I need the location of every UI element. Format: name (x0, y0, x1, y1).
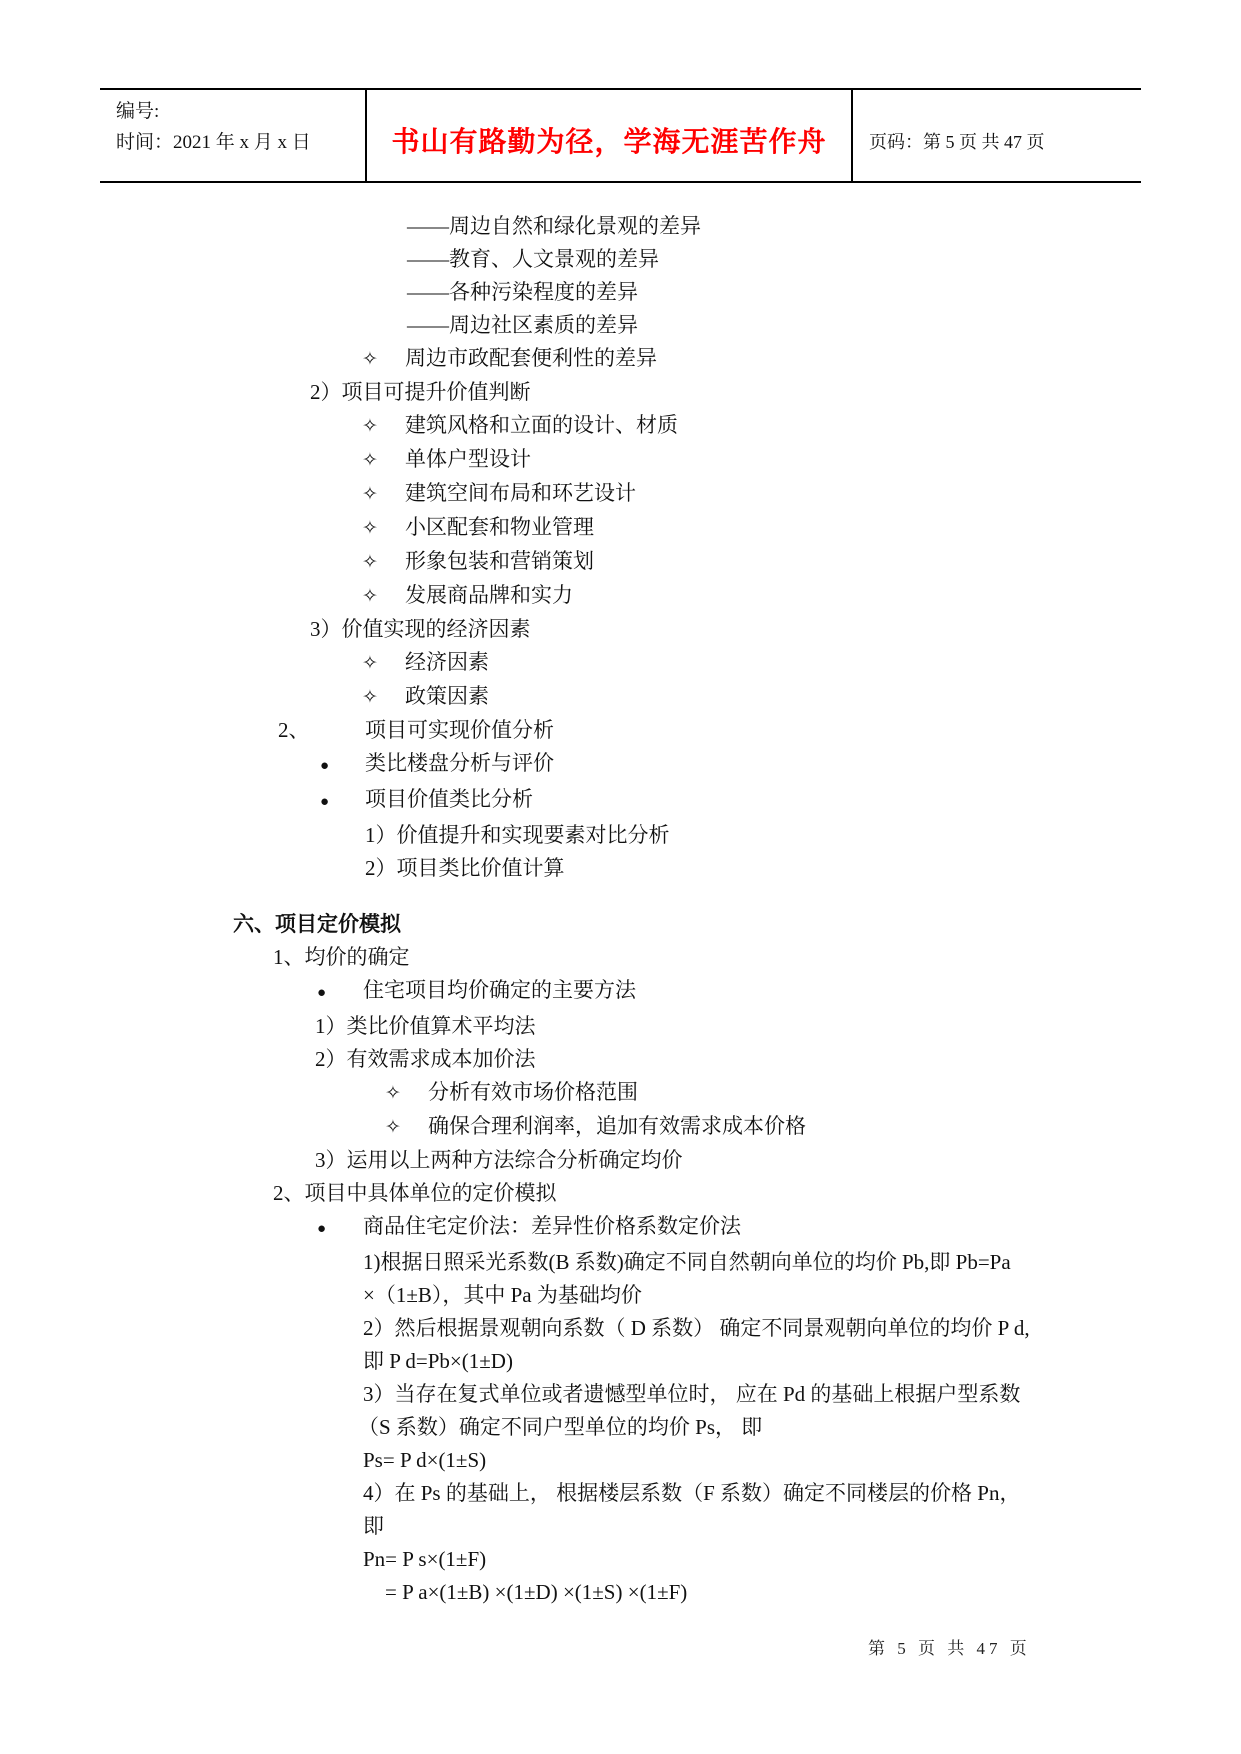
diamond-icon: ✧ (362, 681, 405, 714)
diamond-icon: ✧ (362, 580, 405, 613)
outline-line: ✧政策因素 (362, 680, 1241, 714)
line-text: 类比楼盘分析与评价 (365, 751, 554, 775)
outline-line: ✧分析有效市场价格范围 (385, 1076, 1241, 1110)
footer-page-info: 第 5 页 共 47 页 (868, 1639, 1031, 1658)
outline-line: ✧形象包装和营销策划 (362, 545, 1241, 579)
outline-line: 即 (363, 1510, 1241, 1543)
outline-line: ✧确保合理利润率，追加有效需求成本价格 (385, 1110, 1241, 1144)
outline-line: ✧小区配套和物业管理 (362, 511, 1241, 545)
outline-line: 3）价值实现的经济因素 (310, 613, 1241, 646)
header-left-cell: 编号: 时间：2021 年 x 月 x 日 (100, 90, 365, 181)
outline-line: 1、均价的确定 (273, 941, 1241, 974)
diamond-icon: ✧ (362, 444, 405, 477)
line-text: 周边市政配套便利性的差异 (405, 346, 657, 370)
outline-line: = P a×(1±B) ×(1±D) ×(1±S) ×(1±F) (385, 1576, 1241, 1609)
line-text: 3）运用以上两种方法综合分析确定均价 (315, 1148, 683, 1172)
bullet-icon: ● (320, 786, 365, 819)
outline-line: ——周边自然和绿化景观的差异 (407, 210, 1241, 243)
outline-line: ✧经济因素 (362, 646, 1241, 680)
bullet-icon: ● (317, 977, 363, 1010)
outline-line: 2）有效需求成本加价法 (315, 1043, 1241, 1076)
outline-line: ✧单体户型设计 (362, 443, 1241, 477)
line-text: Pn= P s×(1±F) (363, 1547, 486, 1571)
outline-line: 即 P d=Pb×(1±D) (363, 1345, 1241, 1378)
diamond-icon: ✧ (362, 343, 405, 376)
line-text: 2）项目可提升价值判断 (310, 380, 531, 404)
dash-marker: —— (407, 243, 449, 276)
line-text: 3）当存在复式单位或者遗憾型单位时， 应在 Pd 的基础上根据户型系数 (363, 1382, 1020, 1406)
header-right-cell: 页码：第 5 页 共 47 页 (853, 90, 1141, 181)
line-text: 2）然后根据景观朝向系数（ D 系数） 确定不同景观朝向单位的均价 P d, (363, 1316, 1030, 1340)
line-text: 项目可实现价值分析 (365, 718, 554, 742)
line-text: 单体户型设计 (405, 447, 531, 471)
line-text: 周边社区素质的差异 (449, 313, 638, 337)
diamond-icon: ✧ (362, 546, 405, 579)
line-text: 分析有效市场价格范围 (428, 1080, 638, 1104)
line-text: 建筑空间布局和环艺设计 (405, 481, 636, 505)
diamond-icon: ✧ (362, 647, 405, 680)
line-text: 确保合理利润率，追加有效需求成本价格 (428, 1114, 806, 1138)
line-text: 1）价值提升和实现要素对比分析 (365, 823, 670, 847)
outline-line: ✧建筑风格和立面的设计、材质 (362, 409, 1241, 443)
outline-line: 1）类比价值算术平均法 (315, 1010, 1241, 1043)
line-text: ×（1±B），其中 Pa 为基础均价 (363, 1283, 642, 1307)
line-text: 项目价值类比分析 (365, 787, 533, 811)
line-text: 政策因素 (405, 684, 489, 708)
document-page: 编号: 时间：2021 年 x 月 x 日 书山有路勤为径，学海无涯苦作舟 页码… (0, 0, 1241, 1754)
line-text: 建筑风格和立面的设计、材质 (405, 413, 678, 437)
diamond-icon: ✧ (385, 1077, 428, 1110)
line-text: 1)根据日照采光系数(B 系数)确定不同自然朝向单位的均价 Pb,即 Pb=Pa (363, 1250, 1011, 1274)
outline-line: 3）运用以上两种方法综合分析确定均价 (315, 1144, 1241, 1177)
dash-marker: —— (407, 210, 449, 243)
line-text: 商品住宅定价法：差异性价格系数定价法 (363, 1214, 741, 1238)
outline-line: ×（1±B），其中 Pa 为基础均价 (363, 1279, 1241, 1312)
outline-line: ●项目价值类比分析 (320, 783, 1241, 819)
header-doc-number: 编号: (116, 96, 365, 127)
line-text: 2、项目中具体单位的定价模拟 (273, 1181, 557, 1205)
diamond-icon: ✧ (362, 478, 405, 511)
line-text: 4）在 Ps 的基础上， 根据楼层系数（F 系数）确定不同楼层的价格 Pn， (363, 1481, 1020, 1505)
line-text: 2）有效需求成本加价法 (315, 1047, 536, 1071)
line-text: 2）项目类比价值计算 (365, 856, 565, 880)
line-text: 周边自然和绿化景观的差异 (449, 214, 701, 238)
dash-marker: —— (407, 276, 449, 309)
bullet-icon: ● (317, 1213, 363, 1246)
outline-line: ——周边社区素质的差异 (407, 309, 1241, 342)
line-text: 1）类比价值算术平均法 (315, 1014, 536, 1038)
line-text: 教育、人文景观的差异 (449, 247, 659, 271)
line-text: 3）价值实现的经济因素 (310, 617, 531, 641)
page-footer: 第 5 页 共 47 页 (868, 1634, 1031, 1659)
line-text: 住宅项目均价确定的主要方法 (363, 978, 636, 1002)
outline-line: （S 系数）确定不同户型单位的均价 Ps， 即 (358, 1411, 1241, 1444)
header-page-label: 页码：第 5 页 共 47 页 (869, 132, 1045, 152)
outline-line: ●商品住宅定价法：差异性价格系数定价法 (317, 1210, 1241, 1246)
outline-line: ✧周边市政配套便利性的差异 (362, 342, 1241, 376)
diamond-icon: ✧ (362, 410, 405, 443)
list-number: 2、 (278, 714, 365, 747)
bullet-icon: ● (320, 750, 365, 783)
outline-line: 4）在 Ps 的基础上， 根据楼层系数（F 系数）确定不同楼层的价格 Pn， (363, 1477, 1241, 1510)
line-text: 即 (363, 1514, 384, 1538)
outline-line: 2）项目可提升价值判断 (310, 376, 1241, 409)
line-text: 经济因素 (405, 650, 489, 674)
page-header-table: 编号: 时间：2021 年 x 月 x 日 书山有路勤为径，学海无涯苦作舟 页码… (100, 88, 1141, 183)
dash-marker: —— (407, 309, 449, 342)
outline-line: 1)根据日照采光系数(B 系数)确定不同自然朝向单位的均价 Pb,即 Pb=Pa (363, 1246, 1241, 1279)
line-text: （S 系数）确定不同户型单位的均价 Ps， 即 (358, 1415, 762, 1439)
outline-line: ●类比楼盘分析与评价 (320, 747, 1241, 783)
line-text: 形象包装和营销策划 (405, 549, 594, 573)
line-text: Ps= P d×(1±S) (363, 1448, 486, 1472)
line-text: 小区配套和物业管理 (405, 515, 594, 539)
line-text: 1、均价的确定 (273, 945, 410, 969)
outline-line: ●住宅项目均价确定的主要方法 (317, 974, 1241, 1010)
outline-line: Pn= P s×(1±F) (363, 1543, 1241, 1576)
outline-line: 2）项目类比价值计算 (365, 852, 1241, 885)
line-text: 发展商品牌和实力 (405, 583, 573, 607)
line-text: 六、项目定价模拟 (233, 912, 401, 936)
outline-line: ——各种污染程度的差异 (407, 276, 1241, 309)
outline-line: 六、项目定价模拟 (233, 908, 1241, 941)
line-text: 即 P d=Pb×(1±D) (363, 1349, 513, 1373)
header-center-cell: 书山有路勤为径，学海无涯苦作舟 (365, 90, 853, 181)
document-body: ——周边自然和绿化景观的差异——教育、人文景观的差异——各种污染程度的差异——周… (0, 183, 1241, 1609)
outline-line: ✧建筑空间布局和环艺设计 (362, 477, 1241, 511)
line-text: = P a×(1±B) ×(1±D) ×(1±S) ×(1±F) (385, 1580, 687, 1604)
diamond-icon: ✧ (362, 512, 405, 545)
outline-line: ✧发展商品牌和实力 (362, 579, 1241, 613)
line-text: 各种污染程度的差异 (449, 280, 638, 304)
header-doc-date: 时间：2021 年 x 月 x 日 (116, 127, 365, 158)
outline-line: 2、项目中具体单位的定价模拟 (273, 1177, 1241, 1210)
outline-line: Ps= P d×(1±S) (363, 1444, 1241, 1477)
outline-line: 2、项目可实现价值分析 (278, 714, 1241, 747)
diamond-icon: ✧ (385, 1111, 428, 1144)
header-motto: 书山有路勤为径，学海无涯苦作舟 (391, 120, 826, 160)
outline-line: 3）当存在复式单位或者遗憾型单位时， 应在 Pd 的基础上根据户型系数 (363, 1378, 1241, 1411)
outline-line: 1）价值提升和实现要素对比分析 (365, 819, 1241, 852)
outline-line: 2）然后根据景观朝向系数（ D 系数） 确定不同景观朝向单位的均价 P d, (363, 1312, 1241, 1345)
outline-line: ——教育、人文景观的差异 (407, 243, 1241, 276)
